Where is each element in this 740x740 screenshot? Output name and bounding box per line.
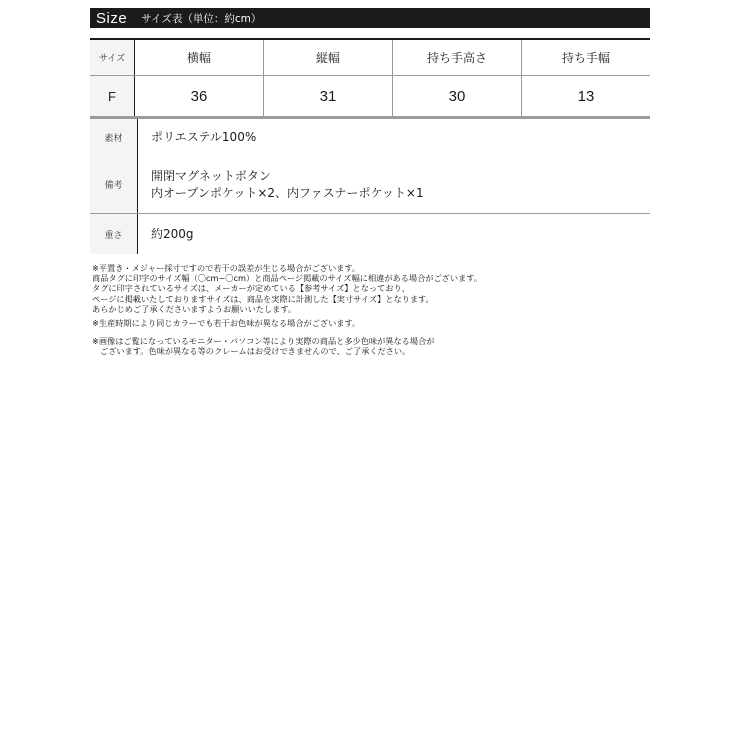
column-header-height: 縦幅 [264, 40, 393, 75]
size-chart-header: Size サイズ表（単位：約cm） [90, 8, 650, 28]
material-value: ポリエステル100% [138, 119, 650, 156]
cell-height: 31 [264, 76, 393, 116]
disclaimer-line: あらかじめご了承くださいますようお願いいたします。 [92, 304, 612, 314]
cell-handle-width: 13 [522, 76, 650, 116]
disclaimer-line: タグに印字されているサイズは、メーカーが定めている【参考サイズ】となっており、 [92, 283, 612, 293]
disclaimer-line: ※画像はご覧になっているモニター・パソコン等により実際の商品と多少色味が異なる場… [92, 336, 612, 346]
column-header-width: 横幅 [135, 40, 264, 75]
notes-row: 備考 開閉マグネットボタン 内オープンポケット×2、内ファスナーポケット×1 [90, 156, 650, 214]
material-row: 素材 ポリエステル100% [90, 119, 650, 156]
notes-label: 備考 [90, 156, 138, 213]
disclaimer-notes: ※平置き・メジャー採寸ですので若干の誤差が生じる場合がございます。 商品タグに印… [92, 263, 612, 357]
table-row: F 36 31 30 13 [90, 76, 650, 119]
header-title: Size [96, 10, 127, 27]
weight-row: 重さ 約200g [90, 214, 650, 254]
weight-label: 重さ [90, 214, 138, 254]
column-header-handle-width: 持ち手幅 [522, 40, 650, 75]
row-size-label: F [90, 76, 135, 116]
weight-value: 約200g [138, 214, 650, 254]
size-table: サイズ 横幅 縦幅 持ち手高さ 持ち手幅 F 36 31 30 13 素材 ポリ… [90, 38, 650, 254]
disclaimer-line: ※生産時期により同じカラーでも若干お色味が異なる場合がございます。 [92, 318, 612, 328]
disclaimer-line: ※平置き・メジャー採寸ですので若干の誤差が生じる場合がございます。 [92, 263, 612, 273]
disclaimer-line: ページに掲載いたしておりますサイズは、商品を実際に計測した【実寸サイズ】となりま… [92, 294, 612, 304]
header-subtitle: サイズ表（単位：約cm） [141, 11, 261, 26]
column-header-handle-height: 持ち手高さ [393, 40, 522, 75]
corner-label: サイズ [90, 40, 135, 75]
material-label: 素材 [90, 119, 138, 156]
cell-handle-height: 30 [393, 76, 522, 116]
notes-line-1: 開閉マグネットボタン [151, 168, 271, 185]
cell-width: 36 [135, 76, 264, 116]
disclaimer-line: 商品タグに印字のサイズ幅（〇cm~〇cm）と商品ページ掲載のサイズ幅に相違がある… [92, 273, 612, 283]
notes-value: 開閉マグネットボタン 内オープンポケット×2、内ファスナーポケット×1 [138, 156, 650, 213]
notes-line-2: 内オープンポケット×2、内ファスナーポケット×1 [151, 185, 424, 202]
disclaimer-line: ございます。色味が異なる等のクレームはお受けできませんので、ご了承ください。 [92, 346, 612, 356]
table-header-row: サイズ 横幅 縦幅 持ち手高さ 持ち手幅 [90, 40, 650, 76]
